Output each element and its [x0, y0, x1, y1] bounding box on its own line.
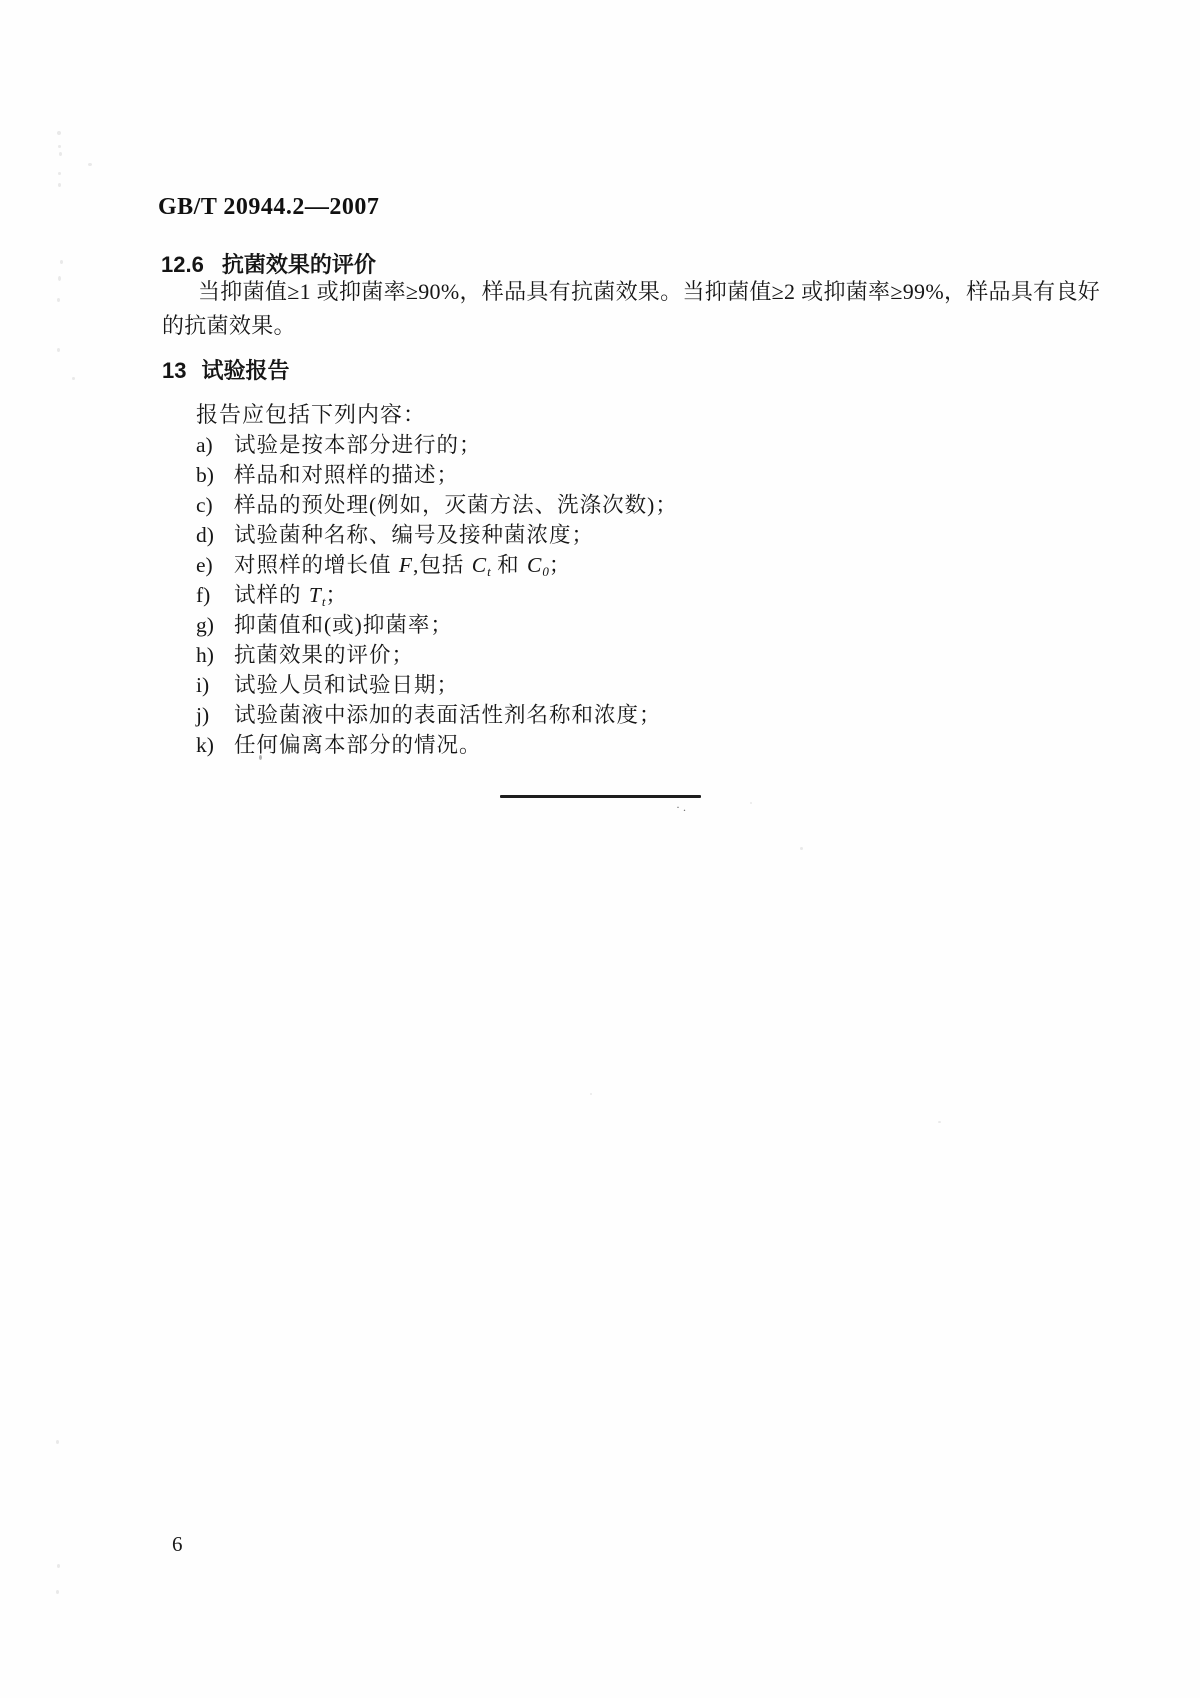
- section-13-heading: 13 试验报告: [162, 354, 290, 385]
- scan-speck: [72, 377, 75, 380]
- item-text: 试验菌种名称、编号及接种菌浓度；: [234, 521, 594, 549]
- report-item: b)样品和对照样的描述；: [196, 461, 678, 491]
- standard-number-header: GB/T 20944.2—2007: [158, 194, 379, 221]
- document-page: GB/T 20944.2—2007 12.6 抗菌效果的评价 当抑菌值≥1 或抑…: [0, 0, 1200, 1698]
- end-of-text-rule: [500, 795, 701, 798]
- item-letter: g): [196, 611, 234, 639]
- scan-speck: [56, 1590, 59, 1594]
- item-text: 试验菌液中添加的表面活性剂名称和浓度；: [234, 701, 662, 729]
- scan-speck: [57, 348, 60, 352]
- report-item: k)任何偏离本部分的情况。: [196, 731, 678, 761]
- paragraph-12-6: 当抑菌值≥1 或抑菌率≥90%，样品具有抗菌效果。当抑菌值≥2 或抑菌率≥99%…: [162, 275, 998, 343]
- scan-speck: [57, 131, 61, 135]
- scan-speck: [938, 1121, 941, 1123]
- report-item: h)抗菌效果的评价；: [196, 641, 678, 671]
- scan-speck: [750, 802, 752, 804]
- item-text: 试验是按本部分进行的；: [234, 431, 482, 459]
- report-item: e)对照样的增长值 F,包括 Ct 和 C0；: [196, 551, 678, 581]
- scan-speck: [590, 1093, 592, 1095]
- scan-speck: [58, 145, 61, 148]
- scan-speck: [259, 755, 262, 760]
- item-letter: b): [196, 461, 234, 489]
- section-title: 试验报告: [201, 354, 289, 385]
- item-text: 抗菌效果的评价；: [234, 641, 414, 669]
- item-letter: a): [196, 431, 234, 459]
- item-letter: k): [196, 731, 234, 759]
- item-letter: j): [196, 701, 234, 729]
- report-item: i)试验人员和试验日期；: [196, 671, 678, 701]
- item-text: 抑菌值和(或)抑菌率；: [234, 611, 453, 639]
- scan-speck: [58, 183, 61, 187]
- report-item: f)试样的 Tt；: [196, 581, 678, 611]
- paragraph-line: 当抑菌值≥1 或抑菌率≥90%，样品具有抗菌效果。当抑菌值≥2 或抑菌率≥99%…: [162, 275, 998, 309]
- item-text: 试样的 Tt；: [234, 581, 348, 612]
- item-letter: i): [196, 671, 234, 699]
- scan-speck: [56, 1440, 59, 1444]
- report-list: a)试验是按本部分进行的；b)样品和对照样的描述；c)样品的预处理(例如，灭菌方…: [196, 431, 678, 761]
- scan-speck: [57, 1564, 60, 1568]
- paragraph-line: 的抗菌效果。: [162, 309, 998, 343]
- report-item: a)试验是按本部分进行的；: [196, 431, 678, 461]
- report-item: c)样品的预处理(例如，灭菌方法、洗涤次数)；: [196, 491, 678, 521]
- item-letter: f): [196, 581, 234, 609]
- item-text: 任何偏离本部分的情况。: [234, 731, 482, 759]
- item-text: 样品的预处理(例如，灭菌方法、洗涤次数)；: [234, 491, 678, 519]
- item-letter: d): [196, 521, 234, 549]
- item-letter: h): [196, 641, 234, 669]
- scan-speck: [58, 276, 61, 281]
- report-item: j)试验菌液中添加的表面活性剂名称和浓度；: [196, 701, 678, 731]
- page-number: 6: [172, 1532, 183, 1557]
- item-text: 试验人员和试验日期；: [234, 671, 459, 699]
- report-item: g)抑菌值和(或)抑菌率；: [196, 611, 678, 641]
- scan-speck: [58, 172, 61, 175]
- section-number: 13: [162, 358, 186, 384]
- scan-dots: ·.: [676, 800, 689, 815]
- scan-speck: [57, 298, 60, 302]
- item-letter: e): [196, 551, 234, 579]
- report-item: d)试验菌种名称、编号及接种菌浓度；: [196, 521, 678, 551]
- scan-speck: [800, 847, 803, 850]
- item-text: 对照样的增长值 F,包括 Ct 和 C0；: [234, 551, 571, 582]
- scan-speck: [88, 163, 92, 166]
- item-letter: c): [196, 491, 234, 519]
- scan-speck: [60, 260, 63, 264]
- scan-speck: [59, 152, 62, 156]
- report-intro: 报告应包括下列内容：: [196, 398, 426, 429]
- item-text: 样品和对照样的描述；: [234, 461, 459, 489]
